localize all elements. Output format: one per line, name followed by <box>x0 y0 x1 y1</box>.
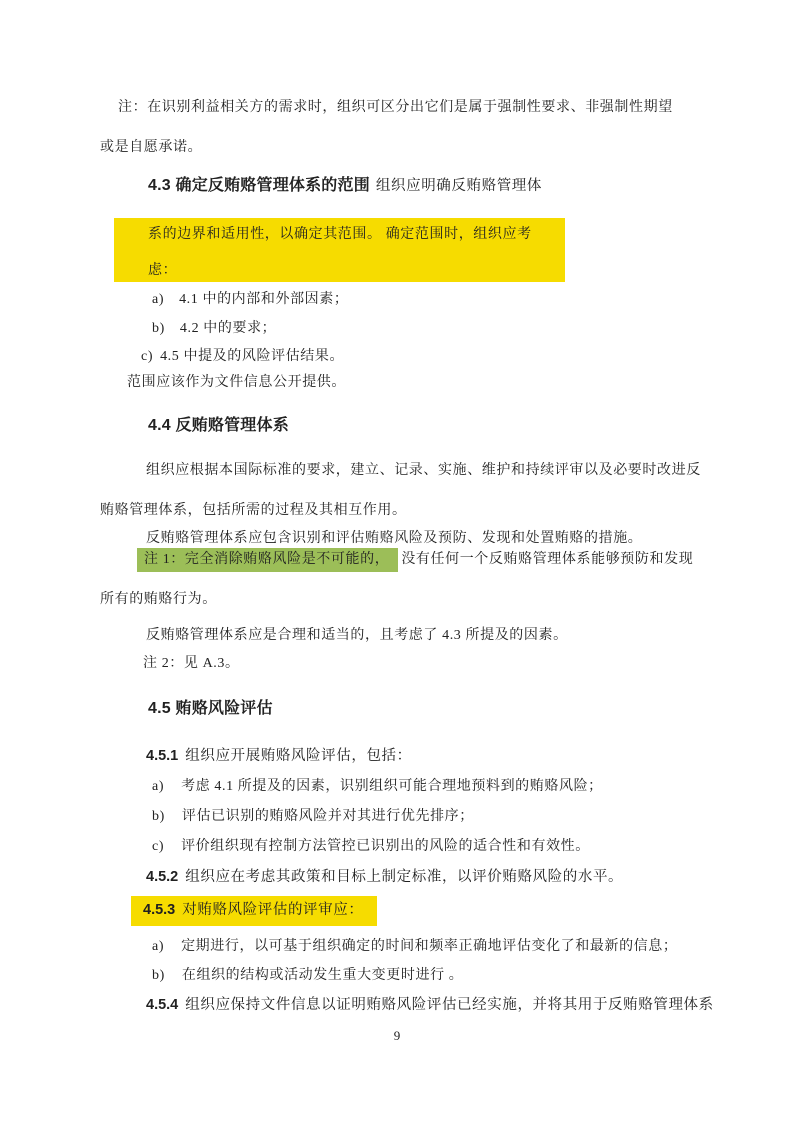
section-4-4-note1-line1: 注 1：完全消除贿赂风险是不可能的，没有任何一个反贿赂管理体系能够预防和发现 <box>137 551 693 569</box>
note1-green-highlight: 注 1：完全消除贿赂风险是不可能的， <box>137 548 398 572</box>
list-item-4-5-1-a: a)考虑 4.1 所提及的因素，识别组织可能合理地预料到的贿赂风险； <box>152 778 603 796</box>
clause-number: 4.5.1 <box>146 748 178 764</box>
clause-text: 组织应在考虑其政策和目标上制定标准，以评价贿赂风险的水平。 <box>185 869 623 885</box>
list-item-text: 在组织的结构或活动发生重大变更时进行 。 <box>182 968 464 983</box>
clause-text: 组织应保持文件信息以证明贿赂风险评估已经实施，并将其用于反贿赂管理体系 <box>185 997 714 1013</box>
list-item-text: 4.5 中提及的风险评估结果。 <box>160 349 344 364</box>
section-4-4-para1-line1: 组织应根据本国际标准的要求，建立、记录、实施、维护和持续评审以及必要时改进反 <box>146 462 701 480</box>
clause-4-5-3: 4.5.3对贿赂风险评估的评审应： <box>131 896 377 926</box>
list-item-marker: b) <box>152 320 165 338</box>
section-4-3-heading-title: 4.3 确定反贿赂管理体系的范围 <box>148 177 370 194</box>
clause-number: 4.5.3 <box>143 902 175 918</box>
section-4-3-heading-run-on: 组织应明确反贿赂管理体 <box>376 178 542 194</box>
section-4-4-para1-line2: 贿赂管理体系，包括所需的过程及其相互作用。 <box>100 502 407 520</box>
section-4-4-heading: 4.4 反贿赂管理体系 <box>148 416 289 437</box>
list-item-text: 4.1 中的内部和外部因素； <box>179 292 348 307</box>
clause-number: 4.5.2 <box>146 869 178 885</box>
list-item-text: 考虑 4.1 所提及的因素，识别组织可能合理地预料到的贿赂风险； <box>181 779 603 794</box>
section-4-4-note2: 注 2：见 A.3。 <box>143 655 240 673</box>
list-item-marker: b) <box>152 808 165 826</box>
list-item-marker: a) <box>152 778 164 796</box>
clause-4-5-2: 4.5.2组织应在考虑其政策和目标上制定标准，以评价贿赂风险的水平。 <box>146 868 623 887</box>
section-4-5-heading: 4.5 贿赂风险评估 <box>148 699 273 720</box>
clause-4-5-1: 4.5.1组织应开展贿赂风险评估，包括： <box>146 747 412 766</box>
list-item-4-5-3-a: a)定期进行，以可基于组织确定的时间和频率正确地评估变化了和最新的信息； <box>152 938 677 956</box>
clause-4-5-3-highlight: 4.5.3对贿赂风险评估的评审应： <box>131 896 377 926</box>
note1-rest-line1: 没有任何一个反贿赂管理体系能够预防和发现 <box>401 552 693 567</box>
section-4-3-heading: 4.3 确定反贿赂管理体系的范围组织应明确反贿赂管理体 <box>148 176 542 197</box>
list-item-4-5-1-b: b)评估已识别的贿赂风险并对其进行优先排序； <box>152 808 474 826</box>
list-item-text: 评价组织现有控制方法管控已识别出的风险的适合性和有效性。 <box>181 839 590 854</box>
top-note-line-1: 注：在识别利益相关方的需求时，组织可区分出它们是属于强制性要求、非强制性期望 <box>118 99 673 117</box>
scope-highlight-line-2: 虑： <box>148 262 177 280</box>
section-4-4-note1-line2: 所有的贿赂行为。 <box>100 591 217 609</box>
list-item-4-3-a: a)4.1 中的内部和外部因素； <box>152 291 348 309</box>
section-4-4-para2: 反贿赂管理体系应包含识别和评估贿赂风险及预防、发现和处置贿赂的措施。 <box>146 530 642 548</box>
clause-number: 4.5.4 <box>146 997 178 1013</box>
top-note-line-2: 或是自愿承诺。 <box>100 139 202 157</box>
clause-text: 对贿赂风险评估的评审应： <box>182 902 363 918</box>
list-item-4-3-c: c)4.5 中提及的风险评估结果。 <box>141 348 344 366</box>
list-item-4-5-3-b: b)在组织的结构或活动发生重大变更时进行 。 <box>152 967 463 985</box>
clause-4-5-4: 4.5.4组织应保持文件信息以证明贿赂风险评估已经实施，并将其用于反贿赂管理体系 <box>146 996 714 1015</box>
list-item-text: 4.2 中的要求； <box>180 321 276 336</box>
scope-highlight-line-1: 系的边界和适用性，以确定其范围。 确定范围时，组织应考 <box>148 226 532 244</box>
page-number: 9 <box>0 1028 794 1044</box>
list-item-marker: b) <box>152 967 165 985</box>
list-item-4-5-1-c: c)评价组织现有控制方法管控已识别出的风险的适合性和有效性。 <box>152 838 590 856</box>
clause-text: 组织应开展贿赂风险评估，包括： <box>185 748 412 764</box>
list-item-marker: a) <box>152 938 164 956</box>
list-item-text: 评估已识别的贿赂风险并对其进行优先排序； <box>182 809 474 824</box>
section-4-3-closing: 范围应该作为文件信息公开提供。 <box>127 374 346 392</box>
section-4-3-scope-highlight-block: 系的边界和适用性，以确定其范围。 确定范围时，组织应考 虑： <box>114 218 565 282</box>
section-4-4-para3: 反贿赂管理体系应是合理和适当的，且考虑了 4.3 所提及的因素。 <box>146 627 568 645</box>
list-item-marker: c) <box>152 838 164 856</box>
list-item-marker: c) <box>141 348 153 366</box>
list-item-4-3-b: b)4.2 中的要求； <box>152 320 276 338</box>
list-item-marker: a) <box>152 291 164 309</box>
document-page: 注：在识别利益相关方的需求时，组织可区分出它们是属于强制性要求、非强制性期望 或… <box>0 0 794 1123</box>
list-item-text: 定期进行，以可基于组织确定的时间和频率正确地评估变化了和最新的信息； <box>181 939 677 954</box>
